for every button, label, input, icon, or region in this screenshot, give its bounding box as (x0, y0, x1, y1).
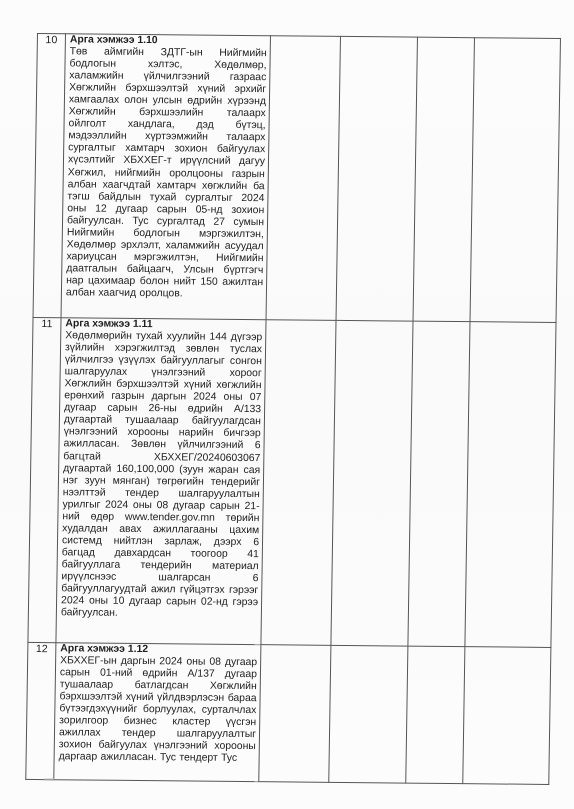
cell-col-c (413, 37, 474, 322)
cell-col-b (331, 320, 413, 646)
cell-col-d (465, 322, 556, 648)
activity-description: Арга хэмжээ 1.11 Хөдөлмөрийн тухай хуули… (56, 318, 266, 645)
activity-body: ХБХХЕГ-ын даргын 2024 оны 08 дугаар сары… (59, 655, 258, 765)
row-number: 10 (33, 34, 65, 318)
scanned-document-page: 10 Арга хэмжээ 1.10 Төв аймгийн ЗДТГ-ын … (0, 0, 574, 809)
cell-col-d (470, 38, 560, 323)
cell-col-b (329, 645, 408, 783)
activity-description: Арга хэмжээ 1.10 Төв аймгийн ЗДТГ-ын Ний… (61, 34, 270, 320)
scan-smudge-mark (44, 778, 54, 781)
activity-body: Төв аймгийн ЗДТГ-ын Нийгмийн бодлогын хэ… (66, 46, 267, 301)
activities-table: 10 Арга хэмжээ 1.10 Төв аймгийн ЗДТГ-ын … (25, 33, 561, 785)
table-row: 12 Арга хэмжээ 1.12 ХБХХЕГ-ын даргын 202… (26, 642, 551, 784)
cell-col-b (336, 36, 417, 321)
activity-description: Арга хэмжээ 1.12 ХБХХЕГ-ын даргын 2024 о… (54, 643, 261, 782)
cell-col-a (261, 320, 336, 646)
cell-col-c (408, 321, 470, 647)
row-number: 12 (26, 642, 56, 779)
cell-col-c (406, 646, 465, 784)
cell-col-d (463, 647, 551, 785)
activity-body: Хөдөлмөрийн тухай хуулийн 144 дүгээр зүй… (61, 330, 263, 621)
cell-col-a (266, 36, 340, 321)
table-row: 10 Арга хэмжээ 1.10 Төв аймгийн ЗДТГ-ын … (33, 34, 560, 323)
table-row: 11 Арга хэмжээ 1.11 Хөдөлмөрийн тухай ху… (28, 317, 556, 647)
cell-col-a (259, 645, 331, 783)
